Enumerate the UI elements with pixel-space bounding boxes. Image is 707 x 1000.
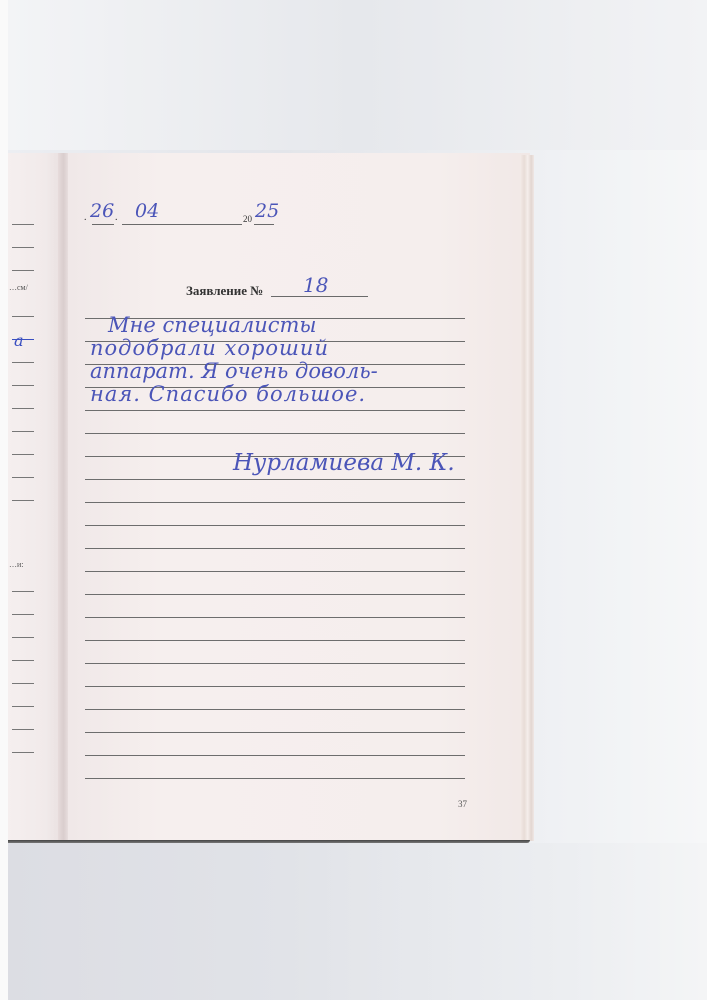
left-rule bbox=[12, 614, 34, 615]
page-stack-edge bbox=[520, 155, 534, 841]
date-dot: . bbox=[84, 212, 87, 223]
left-rule bbox=[12, 431, 34, 432]
signature: Нурламиева М. К. bbox=[233, 450, 455, 476]
body-line-2: подобрали хороший bbox=[90, 336, 329, 360]
date-dot: . bbox=[115, 212, 118, 223]
left-rule bbox=[12, 752, 34, 753]
ruled-line bbox=[85, 502, 465, 503]
ruled-line bbox=[85, 778, 465, 779]
scanner-background-top bbox=[8, 0, 707, 150]
date-year-prefix: 20 bbox=[243, 214, 252, 224]
left-rule bbox=[12, 224, 34, 225]
left-rule bbox=[12, 706, 34, 707]
left-rule bbox=[12, 477, 34, 478]
left-rule bbox=[12, 408, 34, 409]
left-rule bbox=[12, 316, 34, 317]
left-page: …см/ а …и: bbox=[8, 153, 62, 841]
left-rule bbox=[12, 339, 34, 340]
ruled-line bbox=[85, 410, 465, 411]
left-rule bbox=[12, 729, 34, 730]
left-rule bbox=[12, 385, 34, 386]
date-month-line bbox=[122, 224, 242, 225]
left-rule bbox=[12, 270, 34, 271]
date-day: 26 bbox=[90, 200, 114, 222]
ruled-line bbox=[85, 755, 465, 756]
left-rule bbox=[12, 454, 34, 455]
ruled-line bbox=[85, 479, 465, 480]
ruled-line bbox=[85, 571, 465, 572]
ruled-line bbox=[85, 525, 465, 526]
ruled-line bbox=[85, 732, 465, 733]
page-number: 37 bbox=[458, 799, 467, 809]
left-page-label: …и: bbox=[9, 560, 24, 569]
ruled-line bbox=[85, 686, 465, 687]
date-year-line bbox=[254, 224, 274, 225]
scan-margin bbox=[0, 0, 8, 1000]
scanner-background-bottom bbox=[8, 843, 707, 1000]
left-rule bbox=[12, 500, 34, 501]
body-line-4: ная. Спасибо большое. bbox=[90, 382, 366, 406]
ruled-line bbox=[85, 617, 465, 618]
left-rule bbox=[12, 683, 34, 684]
body-line-3: аппарат. Я очень доволь- bbox=[90, 359, 378, 383]
ruled-line bbox=[85, 433, 465, 434]
left-rule bbox=[12, 637, 34, 638]
book-bottom-edge bbox=[8, 840, 530, 843]
left-rule bbox=[12, 660, 34, 661]
date-month: 04 bbox=[135, 200, 159, 222]
ruled-line bbox=[85, 640, 465, 641]
body-line-1: Мне специалисты bbox=[108, 313, 317, 337]
left-handwritten-fragment: а bbox=[14, 331, 24, 350]
form-number: 18 bbox=[303, 273, 328, 297]
form-title: Заявление № bbox=[186, 283, 263, 299]
date-day-line bbox=[92, 224, 114, 225]
date-year-suffix: 25 bbox=[255, 200, 279, 222]
right-page bbox=[68, 153, 530, 841]
ruled-line bbox=[85, 663, 465, 664]
left-rule bbox=[12, 591, 34, 592]
left-page-label: …см/ bbox=[9, 283, 28, 292]
ruled-line bbox=[85, 709, 465, 710]
ruled-line bbox=[85, 548, 465, 549]
left-rule bbox=[12, 247, 34, 248]
ruled-line bbox=[85, 594, 465, 595]
left-rule bbox=[12, 362, 34, 363]
